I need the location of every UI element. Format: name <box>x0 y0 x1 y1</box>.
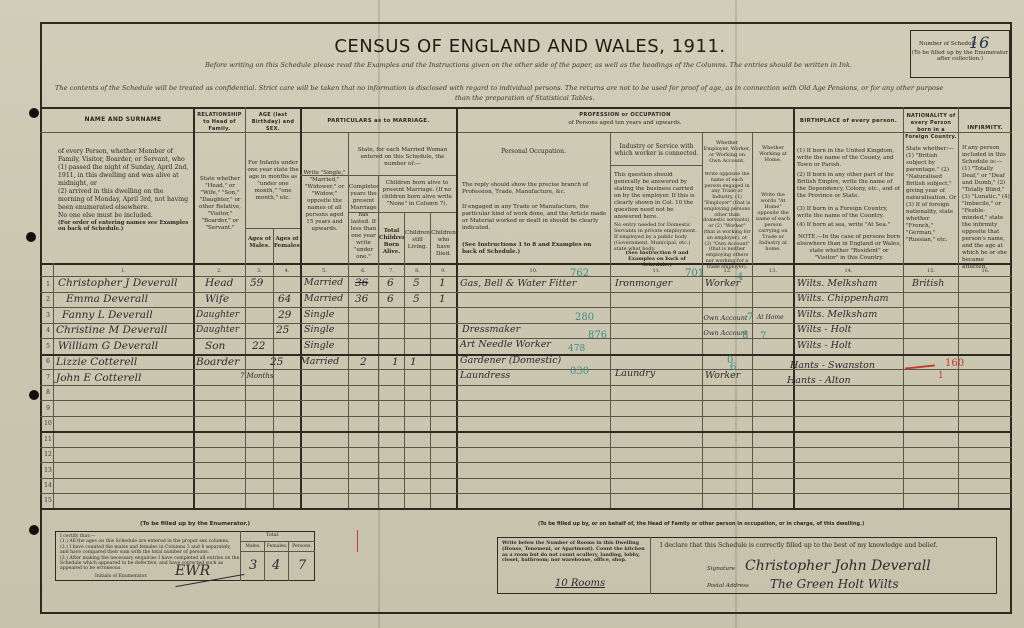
census-schedule-sheet: CENSUS OF ENGLAND AND WALES, 1911. Befor… <box>0 0 1024 628</box>
col-number: 1. <box>54 268 193 274</box>
col-infirmity-heading: INFIRMITY. <box>960 125 1010 132</box>
children-died: 1 <box>439 293 446 305</box>
col-industry-desc-3: (See Instruction 9 and Examples on back … <box>614 250 700 268</box>
row-rule <box>40 323 1012 324</box>
person-age-male: 7 Months <box>240 372 273 380</box>
person-condition: Single <box>304 324 334 335</box>
person-industry: Ironmonger <box>615 278 672 289</box>
header-bottom-rule <box>40 263 1012 265</box>
totals-rule <box>240 541 315 542</box>
col-relationship-desc: State whether "Head," or "Wife," "Son," … <box>196 176 244 232</box>
col-age-heading: AGE (last Birthday) and SEX. <box>247 112 299 133</box>
person-occupation: Dressmaker <box>462 324 520 335</box>
initials-label: Initials of Enumerator. <box>95 574 148 579</box>
person-employment: Own Account <box>703 315 748 321</box>
row-rule <box>40 385 1012 386</box>
children-living: 5 <box>413 277 420 289</box>
col-nationality-desc: State whether:— (1) "British subject by … <box>906 146 957 244</box>
person-relationship: Boarder <box>196 356 239 368</box>
person-industry: Laundry <box>615 368 655 379</box>
col-number: 5. <box>301 268 348 274</box>
total-females: 4 <box>272 558 280 573</box>
person-name: Lizzie Cotterell <box>56 356 137 368</box>
postal-address: The Green Holt Wilts <box>770 577 899 591</box>
person-relationship: Head <box>205 277 233 289</box>
col-name-heading: NAME AND SURNAME <box>55 116 191 123</box>
working-at-home: 7 <box>760 331 766 342</box>
col-birthplace-desc-4: (4) If born at sea, write "At Sea." <box>797 222 901 229</box>
enumerator-heading: (To be filled up by the Enumerator.) <box>140 521 250 527</box>
col-age-males: Ages of Males. <box>246 236 273 250</box>
col-number: 6. <box>349 268 378 274</box>
certify-line: (3.) After making the necessary enquirie… <box>60 556 240 572</box>
row-rule <box>40 462 1012 463</box>
header-top-rule <box>40 107 1012 109</box>
person-birthplace: Hants - Swanston <box>790 360 875 371</box>
enumerator-initials: EWR <box>175 563 210 579</box>
person-age-female: 25 <box>270 356 283 368</box>
enumerator-certificate: I certify that:— (1.) All the ages on th… <box>60 534 240 572</box>
row-number: 1 <box>42 281 54 288</box>
col-industry-desc-1: This question should generally be answer… <box>614 172 700 221</box>
row-rule <box>40 478 1012 479</box>
rooms-instructions: Write below the Number of Rooms in this … <box>502 541 647 564</box>
person-employment: Worker <box>705 278 740 289</box>
total-persons: 7 <box>298 558 306 573</box>
person-birthplace: Wilts - Holt <box>797 324 851 335</box>
person-condition: Single <box>304 309 334 320</box>
col-number: 16. <box>959 268 1012 274</box>
marriage-years: 36 <box>355 277 368 289</box>
col-occupation-heading: PROFESSION or OCCUPATION <box>458 112 792 119</box>
marriage-years: 36 <box>355 293 368 305</box>
col-divider <box>610 132 611 508</box>
col-industry-desc-2: No entry needed for Domestic Servants in… <box>614 222 700 252</box>
person-age-female: 25 <box>276 324 289 336</box>
col-birthplace-desc-3: (3) If born in a Foreign Country, write … <box>797 206 901 220</box>
age-sub-rule <box>245 228 300 229</box>
person-age-male: 59 <box>250 277 263 289</box>
person-name: John E Cotterell <box>56 372 141 384</box>
col-number: 3. <box>246 268 273 274</box>
children-born: 6 <box>387 277 394 289</box>
person-age-female: 29 <box>278 309 291 321</box>
row-rule <box>40 447 1012 448</box>
punch-hole <box>26 232 36 242</box>
occupation-code: 280 <box>575 312 594 323</box>
col-married-woman-desc: State, for each Married Woman entered on… <box>350 147 455 168</box>
postal-address-label: Postal Address <box>707 583 749 589</box>
red-pencil-mark: 1 <box>938 371 944 381</box>
person-age-male: 22 <box>252 340 265 352</box>
householder-heading: (To be filled up by, or on behalf of, th… <box>538 521 864 527</box>
col-industry-heading: Industry or Service with which worker is… <box>612 143 701 157</box>
person-birthplace: Wilts. Chippenham <box>797 293 889 304</box>
schedule-number-box: Number of Schedule 16 (To be filled up b… <box>910 30 1010 78</box>
col-birthplace-note: NOTE.—In the case of persons born elsewh… <box>797 234 901 262</box>
col-birthplace-desc-1: (1) If born in the United Kingdom, write… <box>797 148 901 169</box>
col-nationality-heading: NATIONALITY of every Person born in a Fo… <box>905 113 957 141</box>
col-died: Children who have Died. <box>431 230 456 258</box>
col-home-desc: Write the words "At Home" opposite the n… <box>753 192 793 252</box>
col-personal-desc-1: The reply should show the precise branch… <box>462 182 607 196</box>
col-number: 14. <box>794 268 903 274</box>
red-pencil-mark: 160 <box>945 358 964 369</box>
marriage-years: 2 <box>360 356 367 368</box>
schedule-number-label: Number of Schedule <box>911 41 1009 47</box>
row-number: 3 <box>42 312 54 319</box>
col-age-females: Ages of Females. <box>274 236 300 250</box>
col-name-desc-1: of every Person, whether Member of Famil… <box>58 148 190 164</box>
working-at-home: At Home <box>757 314 784 321</box>
person-birthplace: Wilts. Melksham <box>797 309 877 320</box>
row-rule <box>40 307 1012 308</box>
col-personal-desc-3: (See Instructions 1 to 8 and Examples on… <box>462 242 607 256</box>
row-rule <box>40 431 1012 433</box>
page-title: CENSUS OF ENGLAND AND WALES, 1911. <box>300 36 760 57</box>
col-number: 4. <box>274 268 300 274</box>
industry-sub-rule <box>610 165 702 166</box>
schedule-number-note: (To be filled up by the Enumerator after… <box>911 50 1009 62</box>
total-males: 3 <box>249 558 257 573</box>
totals-divider <box>264 541 265 581</box>
row-number: 5 <box>42 343 54 350</box>
col-still-living: Children still Living. <box>405 230 430 251</box>
col-name-desc-3: (2) arrived in this dwelling on the morn… <box>58 188 190 212</box>
row-number: 9 <box>42 405 54 412</box>
person-birthplace: Wilts. Melksham <box>797 278 877 289</box>
instruction-line: Before writing on this Schedule please r… <box>205 61 852 69</box>
col-marriage-heading: PARTICULARS as to MARRIAGE. <box>302 118 455 125</box>
col-name-desc-4: No one else must be included. <box>58 212 190 220</box>
person-condition: Single <box>304 340 334 351</box>
employment-code: 7 <box>747 312 753 323</box>
row-number: 10 <box>42 420 54 427</box>
col-divider <box>378 175 379 508</box>
total-label: Total. <box>266 533 280 538</box>
person-occupation: Gas, Bell & Water Fitter <box>460 278 576 289</box>
row-rule <box>40 400 1012 401</box>
col-number: 9. <box>431 268 456 274</box>
header-sub-rule <box>40 132 1012 133</box>
person-name: William G Deverall <box>58 340 158 352</box>
person-nationality: British <box>912 278 944 289</box>
signature-label: Signature <box>707 566 735 572</box>
col-birthplace-heading: BIRTHPLACE of every person. <box>795 118 902 125</box>
punch-hole <box>29 390 39 400</box>
col-divider <box>404 212 405 508</box>
declaration-text: I declare that this Schedule is correctl… <box>660 542 937 549</box>
person-condition: Married <box>304 293 343 304</box>
col-relationship-heading: RELATIONSHIP to Head of Family. <box>195 112 244 133</box>
row-number: 7 <box>42 374 54 381</box>
person-condition: Married <box>304 277 343 288</box>
col-employer-desc: Write opposite the name of each person e… <box>703 172 751 271</box>
employment-code: 8 <box>742 330 748 341</box>
totals-divider <box>288 541 289 581</box>
col-infirmity-desc: If any person included in this Schedule … <box>962 145 1010 271</box>
punch-hole <box>29 108 39 118</box>
col-number: 13. <box>753 268 793 274</box>
person-name: Christine M Deverall <box>56 324 167 336</box>
industry-code: 701 <box>685 268 704 279</box>
person-relationship: Wife <box>205 293 229 305</box>
row-number: 15 <box>42 497 54 504</box>
col-number: 12. <box>703 268 752 274</box>
person-birthplace: Wilts - Holt <box>797 340 851 351</box>
person-occupation: Laundress <box>460 370 510 381</box>
schedule-number: 16 <box>969 33 989 52</box>
punch-hole <box>29 525 39 535</box>
table-bottom-rule <box>40 508 1012 510</box>
employment-code: 4 <box>737 272 743 283</box>
col-name-desc: of every Person, whether Member of Famil… <box>58 148 190 232</box>
row-number: 11 <box>42 436 54 443</box>
col-children-desc: Children born alive to present Marriage.… <box>379 180 455 208</box>
person-age-female: 64 <box>278 293 291 305</box>
col-employer-heading: Whether Employer, Worker, or Working on … <box>703 140 751 164</box>
row-number: 12 <box>42 451 54 458</box>
confidential-notice: The contents of the Schedule will be tre… <box>55 84 943 92</box>
children-born: 6 <box>387 293 394 305</box>
col-birthplace-desc-2: (2) If born in any other part of the Bri… <box>797 172 901 200</box>
col-years-desc: Completed years the present Marriage has… <box>349 184 378 261</box>
col-age-desc: For Infants under one year state the age… <box>247 160 299 202</box>
row-rule <box>40 416 1012 417</box>
children-died: 1 <box>439 277 446 289</box>
children-living: 5 <box>413 293 420 305</box>
col-home-heading: Whether Working at Home. <box>753 145 793 163</box>
row-number: 6 <box>42 358 54 365</box>
person-occupation: Gardener (Domestic) <box>460 355 561 366</box>
col-number: 15. <box>904 268 958 274</box>
row-number: 14 <box>42 482 54 489</box>
children-born: 1 <box>392 356 399 368</box>
col-personal-desc-2: If engaged in any Trade or Manufacture, … <box>462 204 607 232</box>
certify-line: (2.) I have counted the males and female… <box>60 545 240 556</box>
occupation-code: 762 <box>570 268 589 279</box>
females-label: Females. <box>266 544 288 549</box>
males-label: Males. <box>243 544 263 549</box>
row-number: 4 <box>42 327 54 334</box>
row-number: 8 <box>42 389 54 396</box>
row-rule <box>40 493 1012 494</box>
persons-label: Persons. <box>290 544 314 549</box>
row-number: 13 <box>42 467 54 474</box>
person-occupation: Art Needle Worker <box>460 339 551 350</box>
person-relationship: Daughter <box>196 310 239 320</box>
occupation-code: 876 <box>588 330 607 341</box>
occupation-code: 030 <box>570 366 589 377</box>
person-birthplace: Hants - Alton <box>787 375 851 386</box>
rooms-divider <box>650 537 651 594</box>
col-marriage-condition-desc: Write "Single," "Married," "Widower," or… <box>302 170 347 233</box>
row-number: 2 <box>42 296 54 303</box>
person-condition: Married <box>300 356 339 367</box>
rooms-count: 10 Rooms <box>555 578 605 589</box>
col-name-desc-2: (1) passed the night of Sunday, April 2n… <box>58 164 190 188</box>
red-pencil-tick <box>357 530 358 552</box>
person-name: Emma Deverall <box>66 293 148 305</box>
col-occupation-subheading: of Persons aged ten years and upwards. <box>458 120 792 127</box>
person-relationship: Son <box>205 340 225 352</box>
confidential-notice-cont: than the preparation of Statistical Tabl… <box>455 94 595 102</box>
person-name: Christopher J Deverall <box>58 277 177 289</box>
person-relationship: Daughter <box>196 325 239 335</box>
col-number: 7. <box>379 268 404 274</box>
children-living: 1 <box>410 356 417 368</box>
col-number: 8. <box>405 268 430 274</box>
person-name: Fanny L Deverall <box>62 309 153 321</box>
col-personal-heading: Personal Occupation. <box>458 148 609 155</box>
employment-code: 6 <box>730 362 736 373</box>
colno-rule <box>40 276 1012 277</box>
signature: Christopher John Deverall <box>745 558 931 574</box>
col-number: 2. <box>194 268 245 274</box>
col-name-desc-5: (For order of entering names see Example… <box>58 220 190 232</box>
totals-rule <box>240 551 315 552</box>
occupation-code: 478 <box>568 344 585 354</box>
col-total-born: Total Children Born Alive. <box>379 228 404 256</box>
